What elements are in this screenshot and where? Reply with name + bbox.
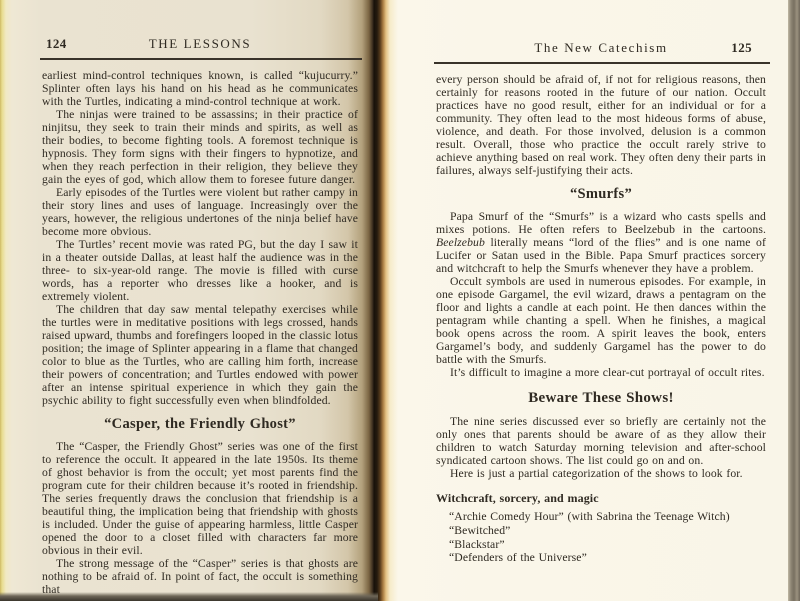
left-header-rule [40,58,362,60]
show-list-item: “Archie Comedy Hour” (with Sabrina the T… [449,510,766,524]
casper-section-heading: “Casper, the Friendly Ghost” [42,418,358,431]
right-running-header: The New Catechism 125 [436,40,766,57]
smurfs-section-heading: “Smurfs” [436,188,766,201]
right-header-rule [434,62,770,64]
paragraph: Occult symbols are used in numerous epis… [436,275,766,366]
right-page-content: The New Catechism 125 every person shoul… [436,40,766,565]
show-list-item: “Bewitched” [449,524,766,538]
left-body-text: earliest mind-control techniques known, … [42,69,358,596]
italic-term: Beelzebub [436,236,485,249]
left-page-content: 124 THE LESSONS earliest mind-control te… [42,36,358,596]
paragraph: earliest mind-control techniques known, … [42,69,358,108]
show-list-item: “Defenders of the Universe” [449,551,766,565]
scan-bottom-edge [0,592,378,601]
right-body-text: every person should be afraid of, if not… [436,73,766,565]
paragraph: The Turtles’ recent movie was rated PG, … [42,238,358,303]
paragraph: It’s difficult to imagine a more clear-c… [436,366,766,379]
left-page-number: 124 [46,36,67,52]
right-page: The New Catechism 125 every person shoul… [374,0,788,601]
paragraph: Papa Smurf of the “Smurfs” is a wizard w… [436,210,766,275]
beware-section-heading: Beware These Shows! [436,392,766,405]
scan-right-edge [788,0,800,601]
paragraph: The “Casper, the Friendly Ghost” series … [42,440,358,557]
left-running-header: 124 THE LESSONS [42,36,358,53]
paragraph-text: literally means “lord of the flies” and … [436,236,766,275]
paragraph: The nine series discussed ever so briefl… [436,415,766,467]
paragraph-text: Papa Smurf of the “Smurfs” is a wizard w… [436,210,766,236]
paragraph: Here is just a partial categorization of… [436,467,766,480]
category-heading: Witchcraft, sorcery, and magic [436,492,766,505]
show-list-item: “Blackstar” [449,538,766,552]
left-page: 124 THE LESSONS earliest mind-control te… [0,0,374,601]
right-page-number: 125 [731,40,752,56]
book-scan: 124 THE LESSONS earliest mind-control te… [0,0,800,601]
paragraph: every person should be afraid of, if not… [436,73,766,177]
paragraph: The strong message of the “Casper” serie… [42,557,358,596]
paragraph: Early episodes of the Turtles were viole… [42,186,358,238]
paragraph: The children that day saw mental telepat… [42,303,358,407]
paragraph: The ninjas were trained to be assassins;… [42,108,358,186]
right-running-head-title: The New Catechism [436,40,766,56]
show-list: “Archie Comedy Hour” (with Sabrina the T… [436,510,766,565]
left-running-head-title: THE LESSONS [42,36,358,52]
